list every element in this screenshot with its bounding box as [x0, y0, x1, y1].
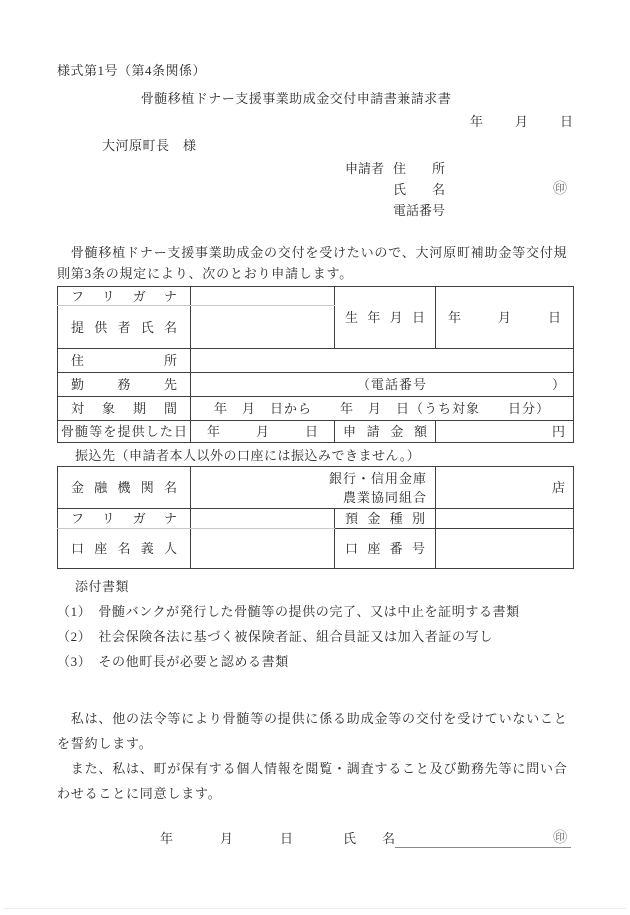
month-label: 月: [515, 113, 528, 131]
amount-field[interactable]: 円: [436, 421, 574, 443]
bank-type-option: 銀行・信用金庫: [197, 469, 429, 488]
account-furigana-field[interactable]: [191, 509, 335, 529]
signature-underline[interactable]: ㊞: [395, 829, 571, 848]
pledge-line: わせることに同意します。: [57, 781, 573, 806]
account-number-label: 口座番号: [335, 529, 436, 569]
pledge-line: 私は、他の法令等により骨髄等の提供に係る助成金等の交付を受けていないこと: [57, 706, 573, 731]
pledge-paragraph: 私は、他の法令等により骨髄等の提供に係る助成金等の交付を受けていないこと を誓約…: [57, 706, 573, 806]
bank-name-label: 金融機関名: [58, 467, 191, 509]
page-bottom-edge: [4, 908, 626, 909]
bank-table: 金融機関名 銀行・信用金庫 農業協同組合 店 フリガナ 預金種別 口座名義人 口…: [57, 466, 574, 569]
signature-name-label: 氏 名: [343, 830, 395, 848]
addressee: 大河原町長 様: [57, 137, 573, 155]
workplace-phone-wrap: （電話番号 ）: [197, 376, 567, 393]
furigana-field[interactable]: [191, 287, 335, 306]
account-holder-label: 口座名義人: [58, 529, 191, 569]
intro-line: 骨髄移植ドナー支援事業助成金の交付を受けたいので、大河原町補助金等交付規: [57, 242, 573, 263]
furigana-label: フリガナ: [58, 287, 191, 306]
attachment-item: （2） 社会保険各法に基づく被保険者証、組合員証又は加入者証の写し: [57, 624, 573, 649]
year-label: 年: [470, 113, 483, 131]
donation-date-field[interactable]: 年 月 日: [191, 421, 335, 443]
provider-table: フリガナ 生年月日 年 月 日 提供者氏名 住所 勤務先 （電話番号 ） 対象期…: [57, 286, 574, 443]
seal-icon: ㊞: [553, 179, 567, 200]
application-form-page: 様式第1号（第4条関係） 骨髄移植ドナー支援事業助成金交付申請書兼請求書 年 月…: [0, 0, 630, 915]
pledge-line: を誓約します。: [57, 731, 573, 756]
amount-label: 申請金額: [335, 421, 436, 443]
form-title: 骨髄移植ドナー支援事業助成金交付申請書兼請求書: [57, 90, 573, 108]
day-label: 日: [560, 113, 573, 131]
signature-month-label: 月: [220, 830, 233, 848]
deposit-type-field[interactable]: [436, 509, 574, 529]
account-furigana-label: フリガナ: [58, 509, 191, 529]
form-number: 様式第1号（第4条関係）: [57, 0, 573, 80]
applicant-label: 申請者: [345, 158, 384, 179]
provider-name-field[interactable]: [191, 306, 335, 349]
pledge-line: また、私は、町が保有する個人情報を閲覧・調査すること及び勤務先等に問い合: [57, 756, 573, 781]
attachments-title: 添付書類: [75, 578, 573, 596]
signature-year-label: 年: [160, 830, 173, 848]
donation-date-label: 骨髄等を提供した日: [58, 421, 191, 443]
bank-type-option: 農業協同組合: [197, 488, 429, 507]
signature-day-label: 日: [280, 830, 293, 848]
attachment-item: （1） 骨髄バンクが発行した骨髄等の提供の完了、又は中止を証明する書類: [57, 599, 573, 624]
applicant-phone-label: 電話番号: [393, 203, 445, 218]
applicant-name-label: 氏 名: [393, 179, 445, 200]
attachments-list: （1） 骨髄バンクが発行した骨髄等の提供の完了、又は中止を証明する書類 （2） …: [57, 599, 573, 674]
account-holder-field[interactable]: [191, 529, 335, 569]
applicant-address-label: 住 所: [393, 158, 445, 179]
workplace-field[interactable]: （電話番号 ）: [191, 373, 574, 397]
birth-date-label: 生年月日: [335, 287, 436, 349]
account-number-field[interactable]: [436, 529, 574, 569]
seal-icon: ㊞: [553, 831, 567, 846]
phone-close-paren: ）: [552, 376, 567, 393]
birth-date-field[interactable]: 年 月 日: [436, 287, 574, 349]
phone-number-label: （電話番号: [357, 376, 427, 393]
intro-line: 則第3条の規定により、次のとおり申請します。: [57, 263, 573, 284]
applicant-block: 申請者 住 所 氏 名 ㊞ 電話番号: [345, 158, 573, 221]
bank-name-field[interactable]: 銀行・信用金庫 農業協同組合: [191, 467, 436, 509]
applicant-name-row: 氏 名 ㊞: [345, 179, 573, 200]
deposit-type-label: 預金種別: [335, 509, 436, 529]
provider-name-label: 提供者氏名: [58, 306, 191, 349]
transfer-note: 振込先（申請者本人以外の口座には振込みできません。）: [75, 447, 573, 464]
applicant-address-row: 申請者 住 所: [345, 158, 573, 179]
period-field[interactable]: 年 月 日から 年 月 日（うち対象 日分）: [191, 397, 574, 421]
intro-paragraph: 骨髄移植ドナー支援事業助成金の交付を受けたいので、大河原町補助金等交付規 則第3…: [57, 242, 573, 284]
period-label: 対象期間: [58, 397, 191, 421]
branch-field[interactable]: 店: [436, 467, 574, 509]
attachment-item: （3） その他町長が必要と認める書類: [57, 649, 573, 674]
signature-row: 年 月 日 氏 名 ㊞: [57, 829, 573, 848]
header-date-line: 年 月 日: [57, 113, 573, 131]
workplace-label: 勤務先: [58, 373, 191, 397]
address-label: 住所: [58, 349, 191, 373]
address-field[interactable]: [191, 349, 574, 373]
applicant-phone-row: 電話番号: [345, 200, 573, 221]
